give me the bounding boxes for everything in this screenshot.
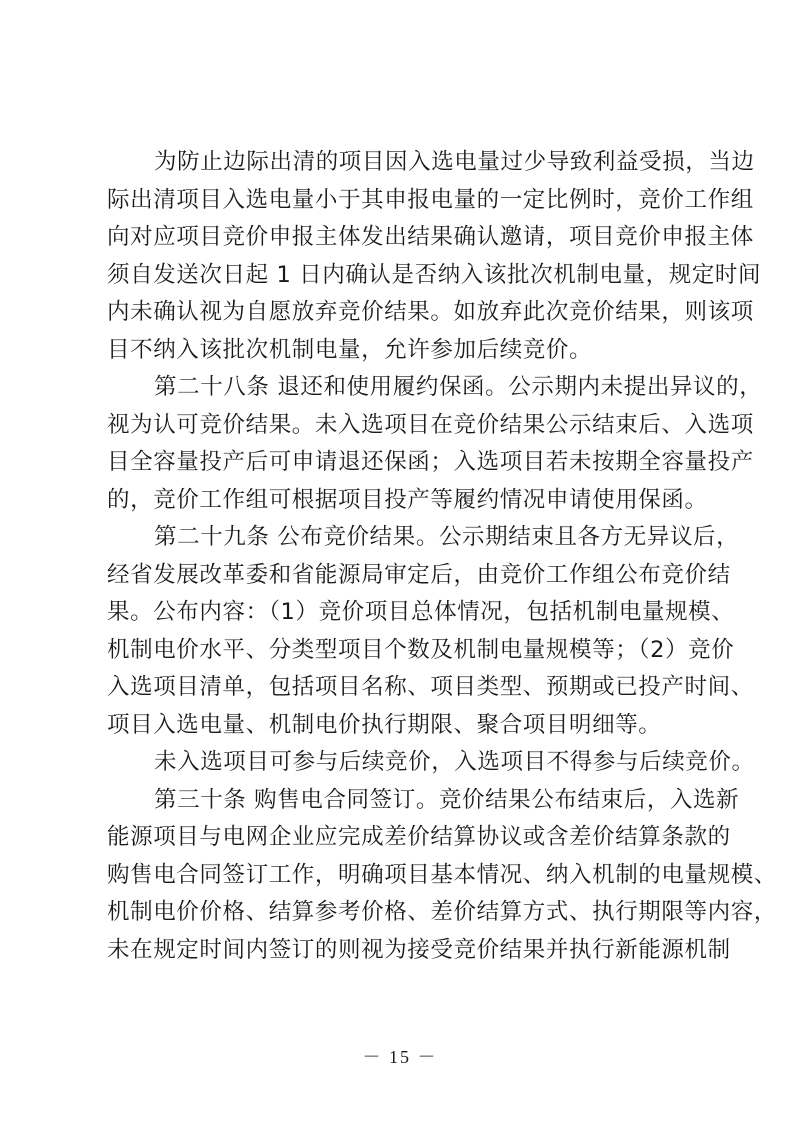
paragraph-line: 机制电价水平、分类型项目个数及机制电量规模等；（2）竞价 [107,632,703,670]
paragraph-line: 果。公布内容：（1）竞价项目总体情况，包括机制电量规模、 [107,594,703,632]
paragraph-line: 目全容量投产后可申请退还保函；入选项目若未按期全容量投产 [107,444,703,482]
paragraph-line: 内未确认视为自愿放弃竞价结果。如放弃此次竞价结果，则该项 [107,294,703,332]
article-30-heading-line: 第三十条 购售电合同签订。竞价结果公布结束后，入选新 [107,782,703,820]
paragraph-line: 未在规定时间内签订的则视为接受竞价结果并执行新能源机制 [107,932,703,970]
paragraph-line: 的，竞价工作组可根据项目投产等履约情况申请使用保函。 [107,482,703,520]
paragraph-line: 须自发送次日起 1 日内确认是否纳入该批次机制电量，规定时间 [107,257,703,295]
paragraph-line: 向对应项目竞价申报主体发出结果确认邀请，项目竞价申报主体 [107,219,703,257]
paragraph-line: 经省发展改革委和省能源局审定后，由竞价工作组公布竞价结 [107,557,703,595]
article-29-heading-line: 第二十九条 公布竞价结果。公示期结束且各方无异议后， [107,519,703,557]
paragraph-line: 未入选项目可参与后续竞价，入选项目不得参与后续竞价。 [107,744,703,782]
paragraph-line: 视为认可竞价结果。未入选项目在竞价结果公示结束后、入选项 [107,407,703,445]
paragraph-line: 入选项目清单，包括项目名称、项目类型、预期或已投产时间、 [107,669,703,707]
paragraph-line: 能源项目与电网企业应完成差价结算协议或含差价结算条款的 [107,819,703,857]
paragraph-line: 际出清项目入选电量小于其申报电量的一定比例时，竞价工作组 [107,182,703,220]
paragraph-line: 为防止边际出清的项目因入选电量过少导致利益受损，当边 [107,144,703,182]
paragraph-line: 购售电合同签订工作，明确项目基本情况、纳入机制的电量规模、 [107,857,703,895]
paragraph-line: 项目入选电量、机制电价执行期限、聚合项目明细等。 [107,707,703,745]
page-number: － 15 － [0,1043,800,1069]
paragraph-line: 目不纳入该批次机制电量，允许参加后续竞价。 [107,332,703,370]
body-text: 为防止边际出清的项目因入选电量过少导致利益受损，当边 际出清项目入选电量小于其申… [107,144,703,969]
article-28-heading-line: 第二十八条 退还和使用履约保函。公示期内未提出异议的， [107,369,703,407]
document-page: 为防止边际出清的项目因入选电量过少导致利益受损，当边 际出清项目入选电量小于其申… [0,0,800,1131]
paragraph-line: 机制电价价格、结算参考价格、差价结算方式、执行期限等内容， [107,894,703,932]
